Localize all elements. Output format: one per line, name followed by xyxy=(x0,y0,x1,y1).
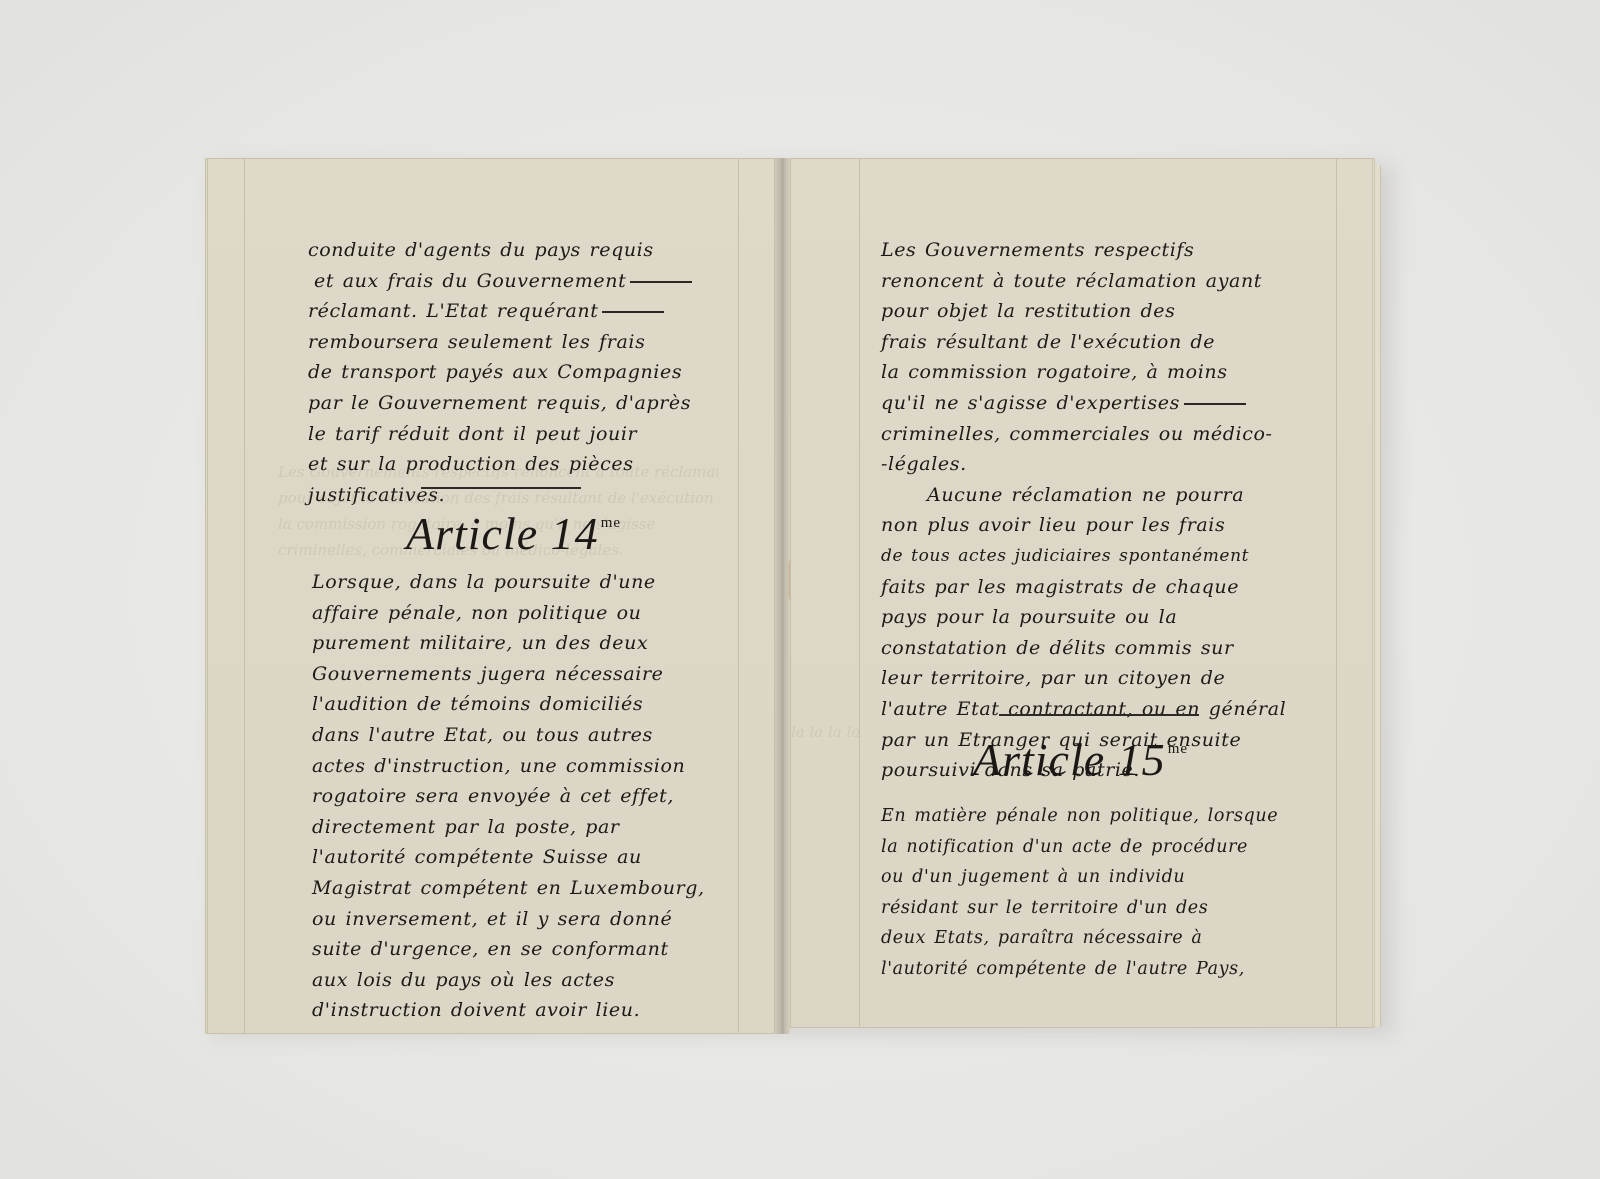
text-line: purement militaire, un des deux xyxy=(312,628,705,659)
text-line-content: réclamant. L'Etat requérant xyxy=(308,300,598,322)
text-line: constatation de délits commis sur xyxy=(881,633,1286,664)
text-line: leur territoire, par un citoyen de xyxy=(881,663,1286,694)
bleed-through-text: la la la la xyxy=(791,719,861,745)
text-line: suite d'urgence, en se conformant xyxy=(312,934,705,965)
article-15-body: En matière pénale non politique, lorsque… xyxy=(881,801,1278,985)
text-line: de tous actes judiciaires spontanément xyxy=(881,541,1286,572)
text-line: l'audition de témoins domiciliés xyxy=(312,689,705,720)
left-page-margin-rule xyxy=(244,159,245,1033)
section-divider-rule xyxy=(421,487,581,489)
text-line: faits par les magistrats de chaque xyxy=(881,572,1286,603)
text-line: renoncent à toute réclamation ayant xyxy=(881,266,1286,297)
text-line: Lorsque, dans la poursuite d'une xyxy=(312,567,705,598)
right-continuation-text: Les Gouvernements respectifs renoncent à… xyxy=(881,235,1286,786)
line-filler-dash xyxy=(630,281,692,283)
text-line: -légales. xyxy=(881,449,1286,480)
text-line: d'instruction doivent avoir lieu. xyxy=(312,995,705,1026)
article-title: Article 14 xyxy=(406,508,599,559)
article-ordinal-suffix: me xyxy=(601,515,621,531)
text-line: remboursera seulement les frais xyxy=(308,327,692,358)
text-line: la commission rogatoire, à moins xyxy=(881,357,1286,388)
left-continuation-text: conduite d'agents du pays requis et aux … xyxy=(308,235,692,510)
text-line: et sur la production des pièces xyxy=(308,449,692,480)
article-title: Article 15 xyxy=(973,734,1166,785)
text-line: Gouvernements jugera nécessaire xyxy=(312,659,705,690)
text-line: et aux frais du Gouvernement xyxy=(308,266,692,297)
text-line: pays pour la poursuite ou la xyxy=(881,602,1286,633)
text-line: par le Gouvernement requis, d'après xyxy=(308,388,692,419)
text-line: l'autorité compétente de l'autre Pays, xyxy=(881,954,1278,985)
right-page-outer-margin-rule xyxy=(1336,159,1337,1027)
text-line: En matière pénale non politique, lorsque xyxy=(881,801,1278,832)
text-line: actes d'instruction, une commission xyxy=(312,751,705,782)
booklet-spine xyxy=(775,158,790,1034)
text-line: criminelles, commerciales ou médico- xyxy=(881,419,1286,450)
article-14-heading: Article 14me xyxy=(406,507,621,560)
text-line: ou d'un jugement à un individu xyxy=(881,862,1278,893)
line-filler-dash xyxy=(602,311,664,313)
right-page-margin-rule xyxy=(859,159,860,1027)
text-line-content: qu'il ne s'agisse d'expertises xyxy=(881,392,1180,414)
text-line: affaire pénale, non politique ou xyxy=(312,598,705,629)
text-line: deux Etats, paraîtra nécessaire à xyxy=(881,923,1278,954)
text-line: conduite d'agents du pays requis xyxy=(308,235,692,266)
text-line: l'autorité compétente Suisse au xyxy=(312,842,705,873)
text-line: le tarif réduit dont il peut jouir xyxy=(308,419,692,450)
text-line: justificatives. xyxy=(308,480,692,511)
text-line: directement par la poste, par xyxy=(312,812,705,843)
text-line: qu'il ne s'agisse d'expertises xyxy=(881,388,1286,419)
text-line: de transport payés aux Compagnies xyxy=(308,357,692,388)
right-page: la la la la Les Gouvernements respectifs… xyxy=(790,158,1375,1028)
text-line: ou inversement, et il y sera donné xyxy=(312,904,705,935)
text-line: pour objet la restitution des xyxy=(881,296,1286,327)
text-line: la notification d'un acte de procédure xyxy=(881,832,1278,863)
article-ordinal-suffix: me xyxy=(1168,741,1188,757)
page-stack-edge xyxy=(1374,165,1381,1027)
text-line: Magistrat compétent en Luxembourg, xyxy=(312,873,705,904)
line-filler-dash xyxy=(1184,403,1246,405)
text-line: l'autre Etat contractant, ou en général xyxy=(881,694,1286,725)
text-line: dans l'autre Etat, ou tous autres xyxy=(312,720,705,751)
text-line: réclamant. L'Etat requérant xyxy=(308,296,692,327)
article-14-body: Lorsque, dans la poursuite d'une affaire… xyxy=(312,567,705,1026)
left-page: Les Gouvernements respectifs renoncent à… xyxy=(205,158,775,1034)
text-line: frais résultant de l'exécution de xyxy=(881,327,1286,358)
text-line: non plus avoir lieu pour les frais xyxy=(881,510,1286,541)
text-line: résidant sur le territoire d'un des xyxy=(881,893,1278,924)
left-page-inner-margin-rule xyxy=(738,159,739,1033)
text-line-content: et aux frais du Gouvernement xyxy=(314,270,626,292)
text-line: rogatoire sera envoyée à cet effet, xyxy=(312,781,705,812)
text-line: aux lois du pays où les actes xyxy=(312,965,705,996)
article-15-heading: Article 15me xyxy=(973,733,1188,786)
text-line: Aucune réclamation ne pourra xyxy=(881,480,1286,511)
section-divider-rule xyxy=(999,714,1199,716)
text-line: Les Gouvernements respectifs xyxy=(881,235,1286,266)
